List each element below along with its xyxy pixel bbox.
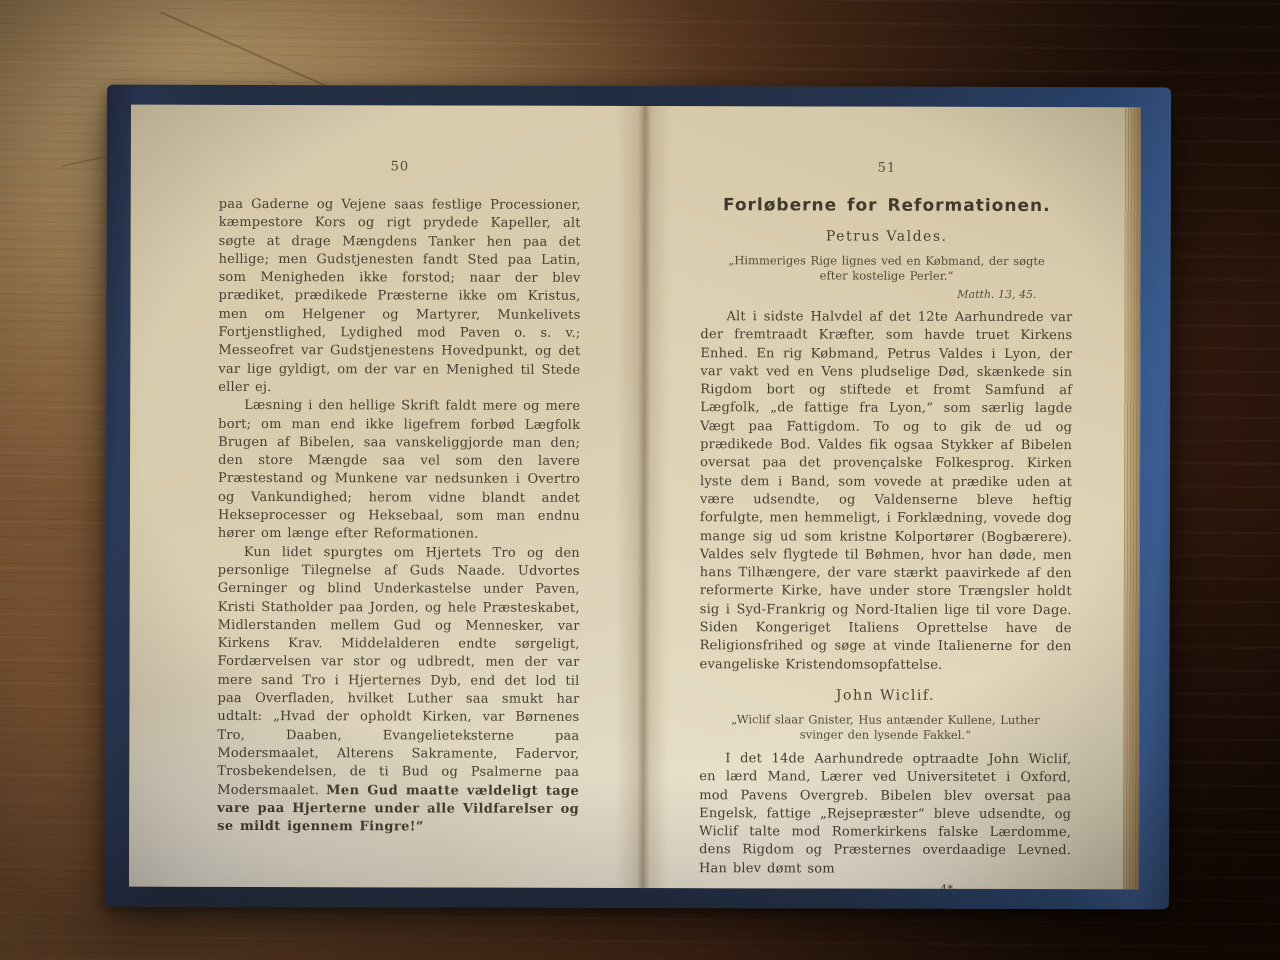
page-number-right: 51	[701, 106, 1073, 176]
section-heading-valdes: Petrus Valdes.	[701, 228, 1073, 245]
signature-mark: 4*	[699, 881, 953, 889]
paragraph: Alt i sidste Halvdel af det 12te Aarhund…	[700, 308, 1073, 675]
page-block-edge	[1123, 107, 1141, 889]
section-heading-wiclif: John Wiclif.	[699, 687, 1071, 704]
page-left-text-column: 50 paa Gaderne og Vejene saas festlige P…	[217, 105, 581, 888]
scripture-citation: Matth. 13, 45.	[701, 287, 1037, 301]
page-left: 50 paa Gaderne og Vejene saas festlige P…	[129, 105, 643, 888]
page-number-left: 50	[219, 105, 581, 175]
epigraph-valdes: „Himmeriges Rige lignes ved en Købmand, …	[701, 253, 1073, 284]
page-right: 51 Forløberne for Reformationen. Petrus …	[641, 106, 1125, 889]
open-book: 50 paa Gaderne og Vejene saas festlige P…	[105, 85, 1171, 910]
paragraph: paa Gaderne og Vejene saas festlige Proc…	[218, 196, 581, 398]
chapter-title: Forløberne for Reformationen.	[701, 195, 1073, 216]
page-right-text-column: 51 Forløberne for Reformationen. Petrus …	[699, 106, 1073, 889]
paragraph: I det 14de Aarhundrede optraadte John Wi…	[699, 750, 1071, 879]
paragraph: Læsning i den hellige Skrift faldt mere …	[218, 397, 580, 544]
epigraph-wiclif: „Wiclif slaar Gnister, Hus antænder Kull…	[699, 712, 1071, 743]
paragraph-text: Kun lidet spurgtes om Hjertets Tro og de…	[217, 545, 580, 798]
paragraph: Kun lidet spurgtes om Hjertets Tro og de…	[217, 544, 580, 838]
book-pages: 50 paa Gaderne og Vejene saas festlige P…	[129, 105, 1141, 890]
